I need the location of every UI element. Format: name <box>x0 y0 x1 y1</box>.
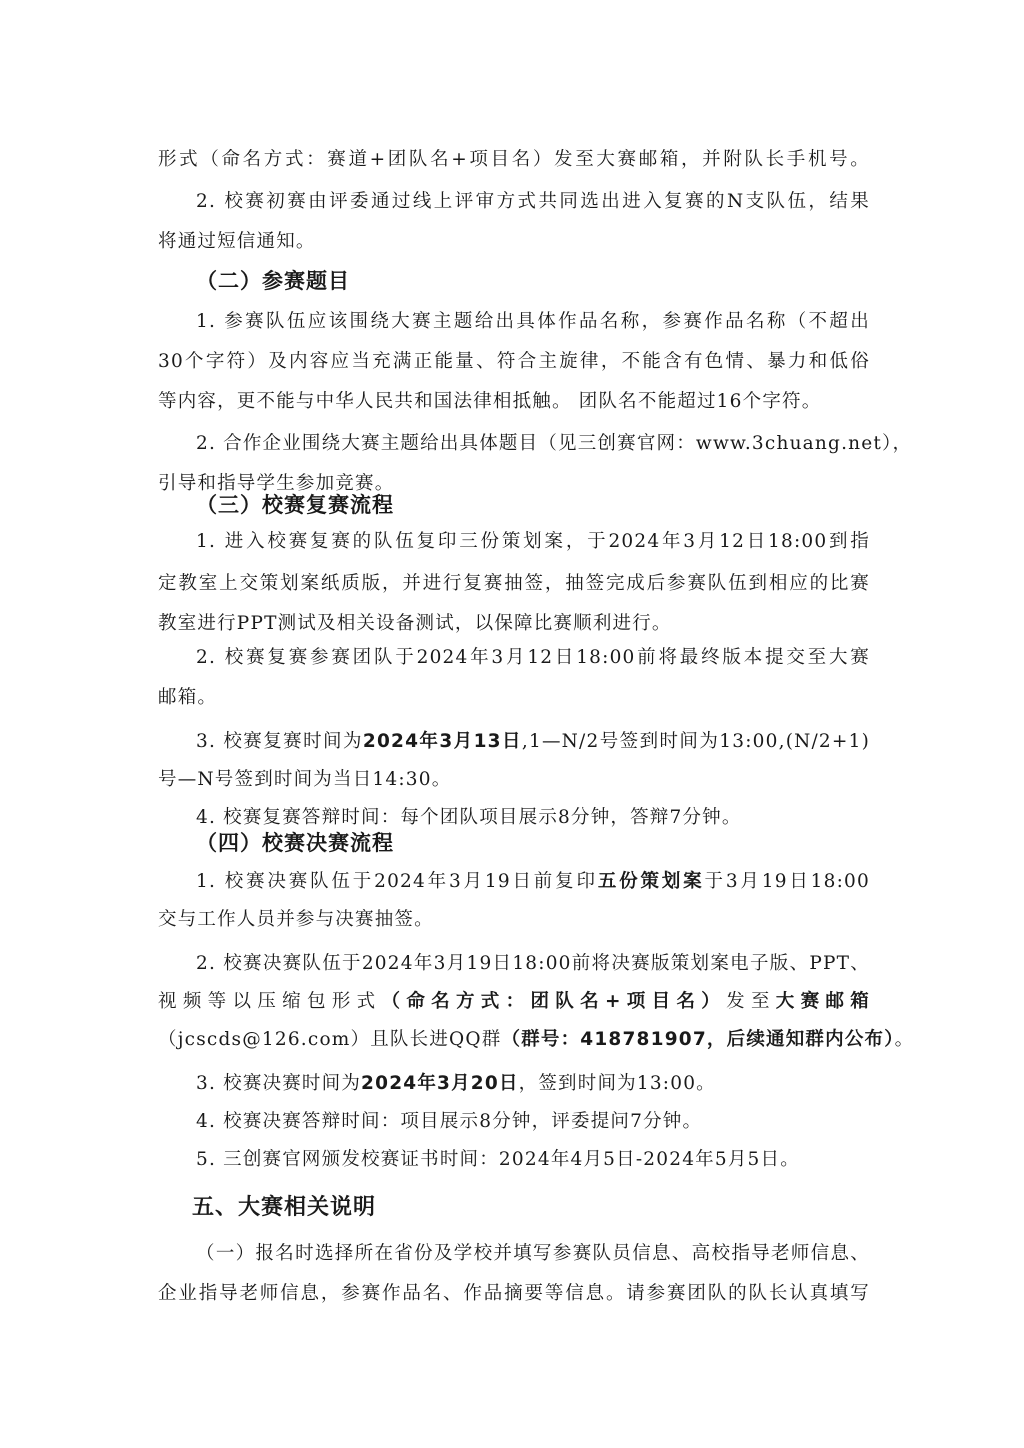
paragraph-line: 形式（命名方式：赛道+团队名+项目名）发至大赛邮箱，并附队长手机号。 <box>158 148 870 172</box>
section-heading-topics: （二）参赛题目 <box>196 268 350 294</box>
paragraph-line: 3. 校赛决赛时间为2024年3月20日，签到时间为13:00。 <box>196 1072 870 1096</box>
text: 发至 <box>726 991 776 1012</box>
paragraph-line: 邮箱。 <box>158 686 870 710</box>
paragraph-line: 2. 校赛初赛由评委通过线上评审方式共同选出进入复赛的N支队伍，结果 <box>196 190 870 214</box>
paragraph-line: 3. 校赛复赛时间为2024年3月13日,1—N/2号签到时间为13:00,(N… <box>196 730 870 754</box>
bold-text: （命名方式：团队名+项目名） <box>381 991 726 1012</box>
paragraph-line: 教室进行PPT测试及相关设备测试，以保障比赛顺利进行。 <box>158 612 870 636</box>
paragraph-line: 交与工作人员并参与决赛抽签。 <box>158 908 870 932</box>
paragraph-line: 号—N号签到时间为当日14:30。 <box>158 768 870 792</box>
paragraph-line: （一）报名时选择所在省份及学校并填写参赛队员信息、高校指导老师信息、 <box>196 1242 870 1266</box>
paragraph-line: 30个字符）及内容应当充满正能量、符合主旋律，不能含有色情、暴力和低俗 <box>158 350 870 374</box>
paragraph-line: 2. 校赛复赛参赛团队于2024年3月12日18:00前将最终版本提交至大赛 <box>196 646 870 670</box>
paragraph-line: 4. 校赛复赛答辩时间：每个团队项目展示8分钟，答辩7分钟。 <box>196 806 870 830</box>
text: 于3月19日18:00 <box>704 871 870 892</box>
section-heading-notes: 五、大赛相关说明 <box>192 1194 376 1222</box>
text: 。 <box>895 1029 915 1050</box>
paragraph-line: 等内容，更不能与中华人民共和国法律相抵触。 团队名不能超过16个字符。 <box>158 390 870 414</box>
paragraph-line: 4. 校赛决赛答辩时间：项目展示8分钟，评委提问7分钟。 <box>196 1110 870 1134</box>
section-heading-semifinal: （三）校赛复赛流程 <box>196 492 394 518</box>
text: 1. 校赛决赛队伍于2024年3月19日前复印 <box>196 871 598 892</box>
text: 3. 校赛决赛时间为 <box>196 1073 361 1094</box>
paragraph-line: 定教室上交策划案纸质版，并进行复赛抽签，抽签完成后参赛队伍到相应的比赛 <box>158 572 870 596</box>
section-heading-final: （四）校赛决赛流程 <box>196 830 394 856</box>
text: ,1—N/2号签到时间为13:00,(N/2+1) <box>522 731 870 752</box>
paragraph-line: 1. 校赛决赛队伍于2024年3月19日前复印五份策划案于3月19日18:00 <box>196 870 870 894</box>
paragraph-line: 视频等以压缩包形式（命名方式：团队名+项目名）发至大赛邮箱 <box>158 990 870 1014</box>
bold-date: 2024年3月20日 <box>361 1073 519 1094</box>
paragraph-line: 5. 三创赛官网颁发校赛证书时间：2024年4月5日-2024年5月5日。 <box>196 1148 870 1172</box>
paragraph-line: 企业指导老师信息，参赛作品名、作品摘要等信息。请参赛团队的队长认真填写 <box>158 1282 870 1306</box>
text: 视频等以压缩包形式 <box>158 991 381 1012</box>
text: 3. 校赛复赛时间为 <box>196 731 363 752</box>
document-page: 形式（命名方式：赛道+团队名+项目名）发至大赛邮箱，并附队长手机号。 2. 校赛… <box>0 0 1024 1448</box>
paragraph-line: 1. 参赛队伍应该围绕大赛主题给出具体作品名称，参赛作品名称（不超出 <box>196 310 870 334</box>
paragraph-line: （jcscds@126.com）且队长进QQ群（群号：418781907，后续通… <box>158 1028 870 1052</box>
text: ，签到时间为13:00。 <box>519 1073 716 1094</box>
bold-text: 大赛邮箱 <box>776 991 870 1012</box>
paragraph-line: 2. 校赛决赛队伍于2024年3月19日18:00前将决赛版策划案电子版、PPT… <box>196 952 870 976</box>
bold-date: 2024年3月13日 <box>363 731 522 752</box>
paragraph-line: 将通过短信通知。 <box>158 230 870 254</box>
paragraph-line: 1. 进入校赛复赛的队伍复印三份策划案，于2024年3月12日18:00到指 <box>196 530 870 554</box>
bold-text: （群号：418781907，后续通知群内公布） <box>501 1029 894 1050</box>
bold-text: 五份策划案 <box>598 871 705 892</box>
email-text: （jcscds@126.com）且队长进QQ群 <box>158 1029 501 1050</box>
paragraph-line: 2. 合作企业围绕大赛主题给出具体题目（见三创赛官网：www.3chuang.n… <box>196 432 870 456</box>
